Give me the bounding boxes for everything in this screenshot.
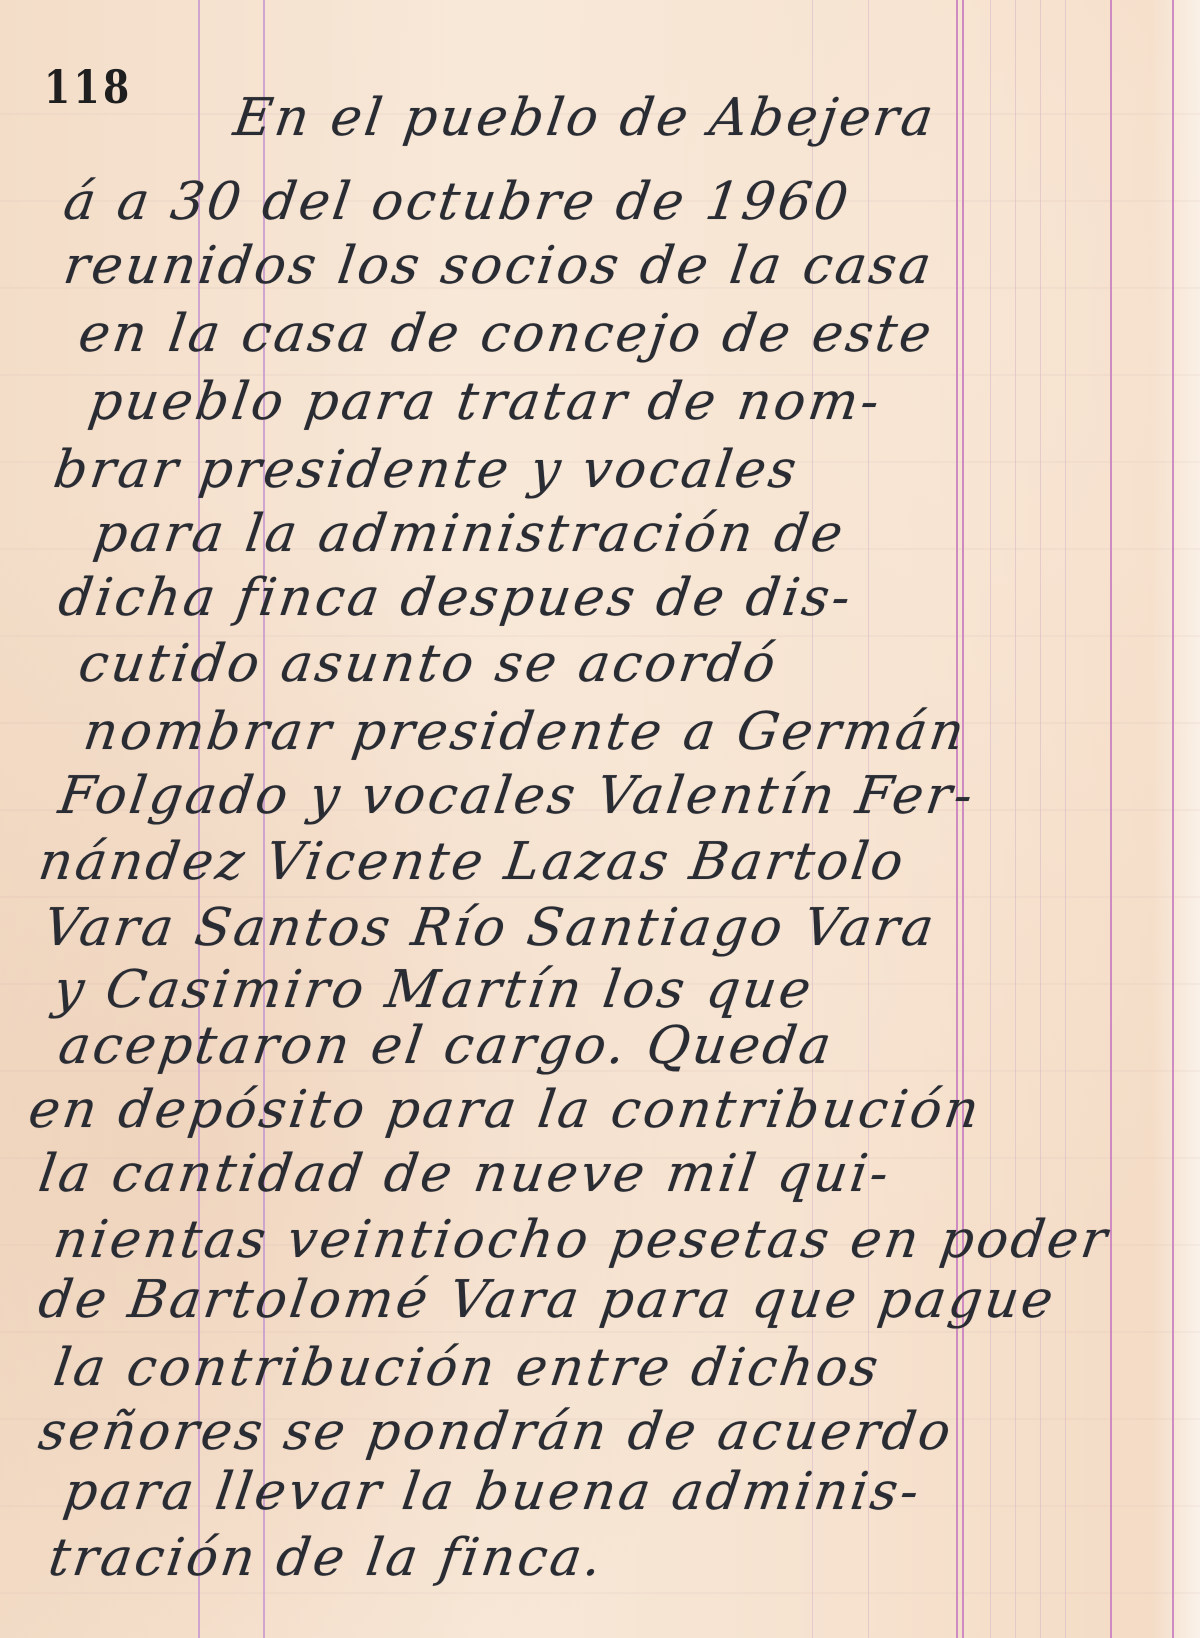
text-line: nández Vicente Lazas Bartolo [35, 832, 910, 892]
text-line: y Casimiro Martín los que [50, 960, 817, 1020]
text-line: aceptaron el cargo. Queda [55, 1016, 838, 1076]
text-line: á a 30 del octubre de 1960 [60, 172, 855, 232]
text-line: para la administración de [90, 504, 849, 564]
text-line: brar presidente y vocales [50, 440, 803, 500]
text-line: reunidos los socios de la casa [60, 236, 937, 296]
text-line: cutido asunto se acordó [75, 634, 782, 694]
ledger-page: 118 En el pueblo de Abejera á a 30 del o… [0, 0, 1200, 1638]
text-line: tración de la finca. [45, 1528, 608, 1588]
text-line: la contribución entre dichos [50, 1338, 885, 1398]
text-line: Folgado y vocales Valentín Fer- [55, 766, 979, 826]
handwritten-text: En el pueblo de Abejera á a 30 del octub… [0, 0, 1200, 1638]
text-line: para llevar la buena adminis- [60, 1462, 925, 1522]
text-line: señores se pondrán de acuerdo [35, 1402, 957, 1462]
text-line: pueblo para tratar de nom- [85, 372, 886, 432]
text-line: en depósito para la contribución [25, 1080, 985, 1140]
text-line: de Bartolomé Vara para que pague [35, 1270, 1060, 1330]
text-line: nientas veintiocho pesetas en poder [50, 1210, 1113, 1270]
text-line: dicha finca despues de dis- [55, 568, 857, 628]
text-line: Vara Santos Río Santiago Vara [40, 898, 940, 958]
text-line: en la casa de concejo de este [75, 304, 938, 364]
text-line: En el pueblo de Abejera [230, 88, 940, 148]
text-line: la cantidad de nueve mil qui- [35, 1144, 895, 1204]
text-line: nombrar presidente a Germán [80, 702, 971, 762]
